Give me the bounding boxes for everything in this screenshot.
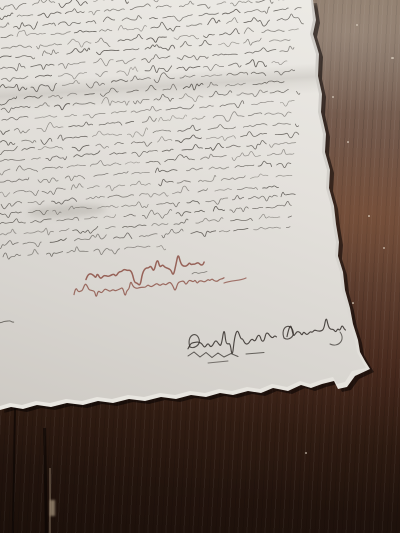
left-edge-mark: [0, 321, 14, 323]
wood-wear-patch: [50, 500, 55, 516]
plank-crack: [43, 428, 48, 533]
signature-flourish: [188, 352, 264, 363]
wood-speck: [347, 141, 349, 143]
official-signature-red: [74, 256, 246, 296]
wood-speck: [356, 24, 358, 26]
wood-speck: [391, 57, 394, 59]
secretary-signature: [188, 319, 345, 353]
wood-speck: [368, 215, 370, 217]
wood-speck: [305, 452, 307, 454]
body-text-lines: [0, 0, 303, 249]
date-line: [3, 245, 166, 259]
photo-frame: [0, 0, 400, 533]
plank-crack: [12, 400, 16, 533]
wood-speck: [383, 247, 385, 249]
wood-speck: [332, 96, 334, 98]
wood-speck: [352, 302, 354, 304]
